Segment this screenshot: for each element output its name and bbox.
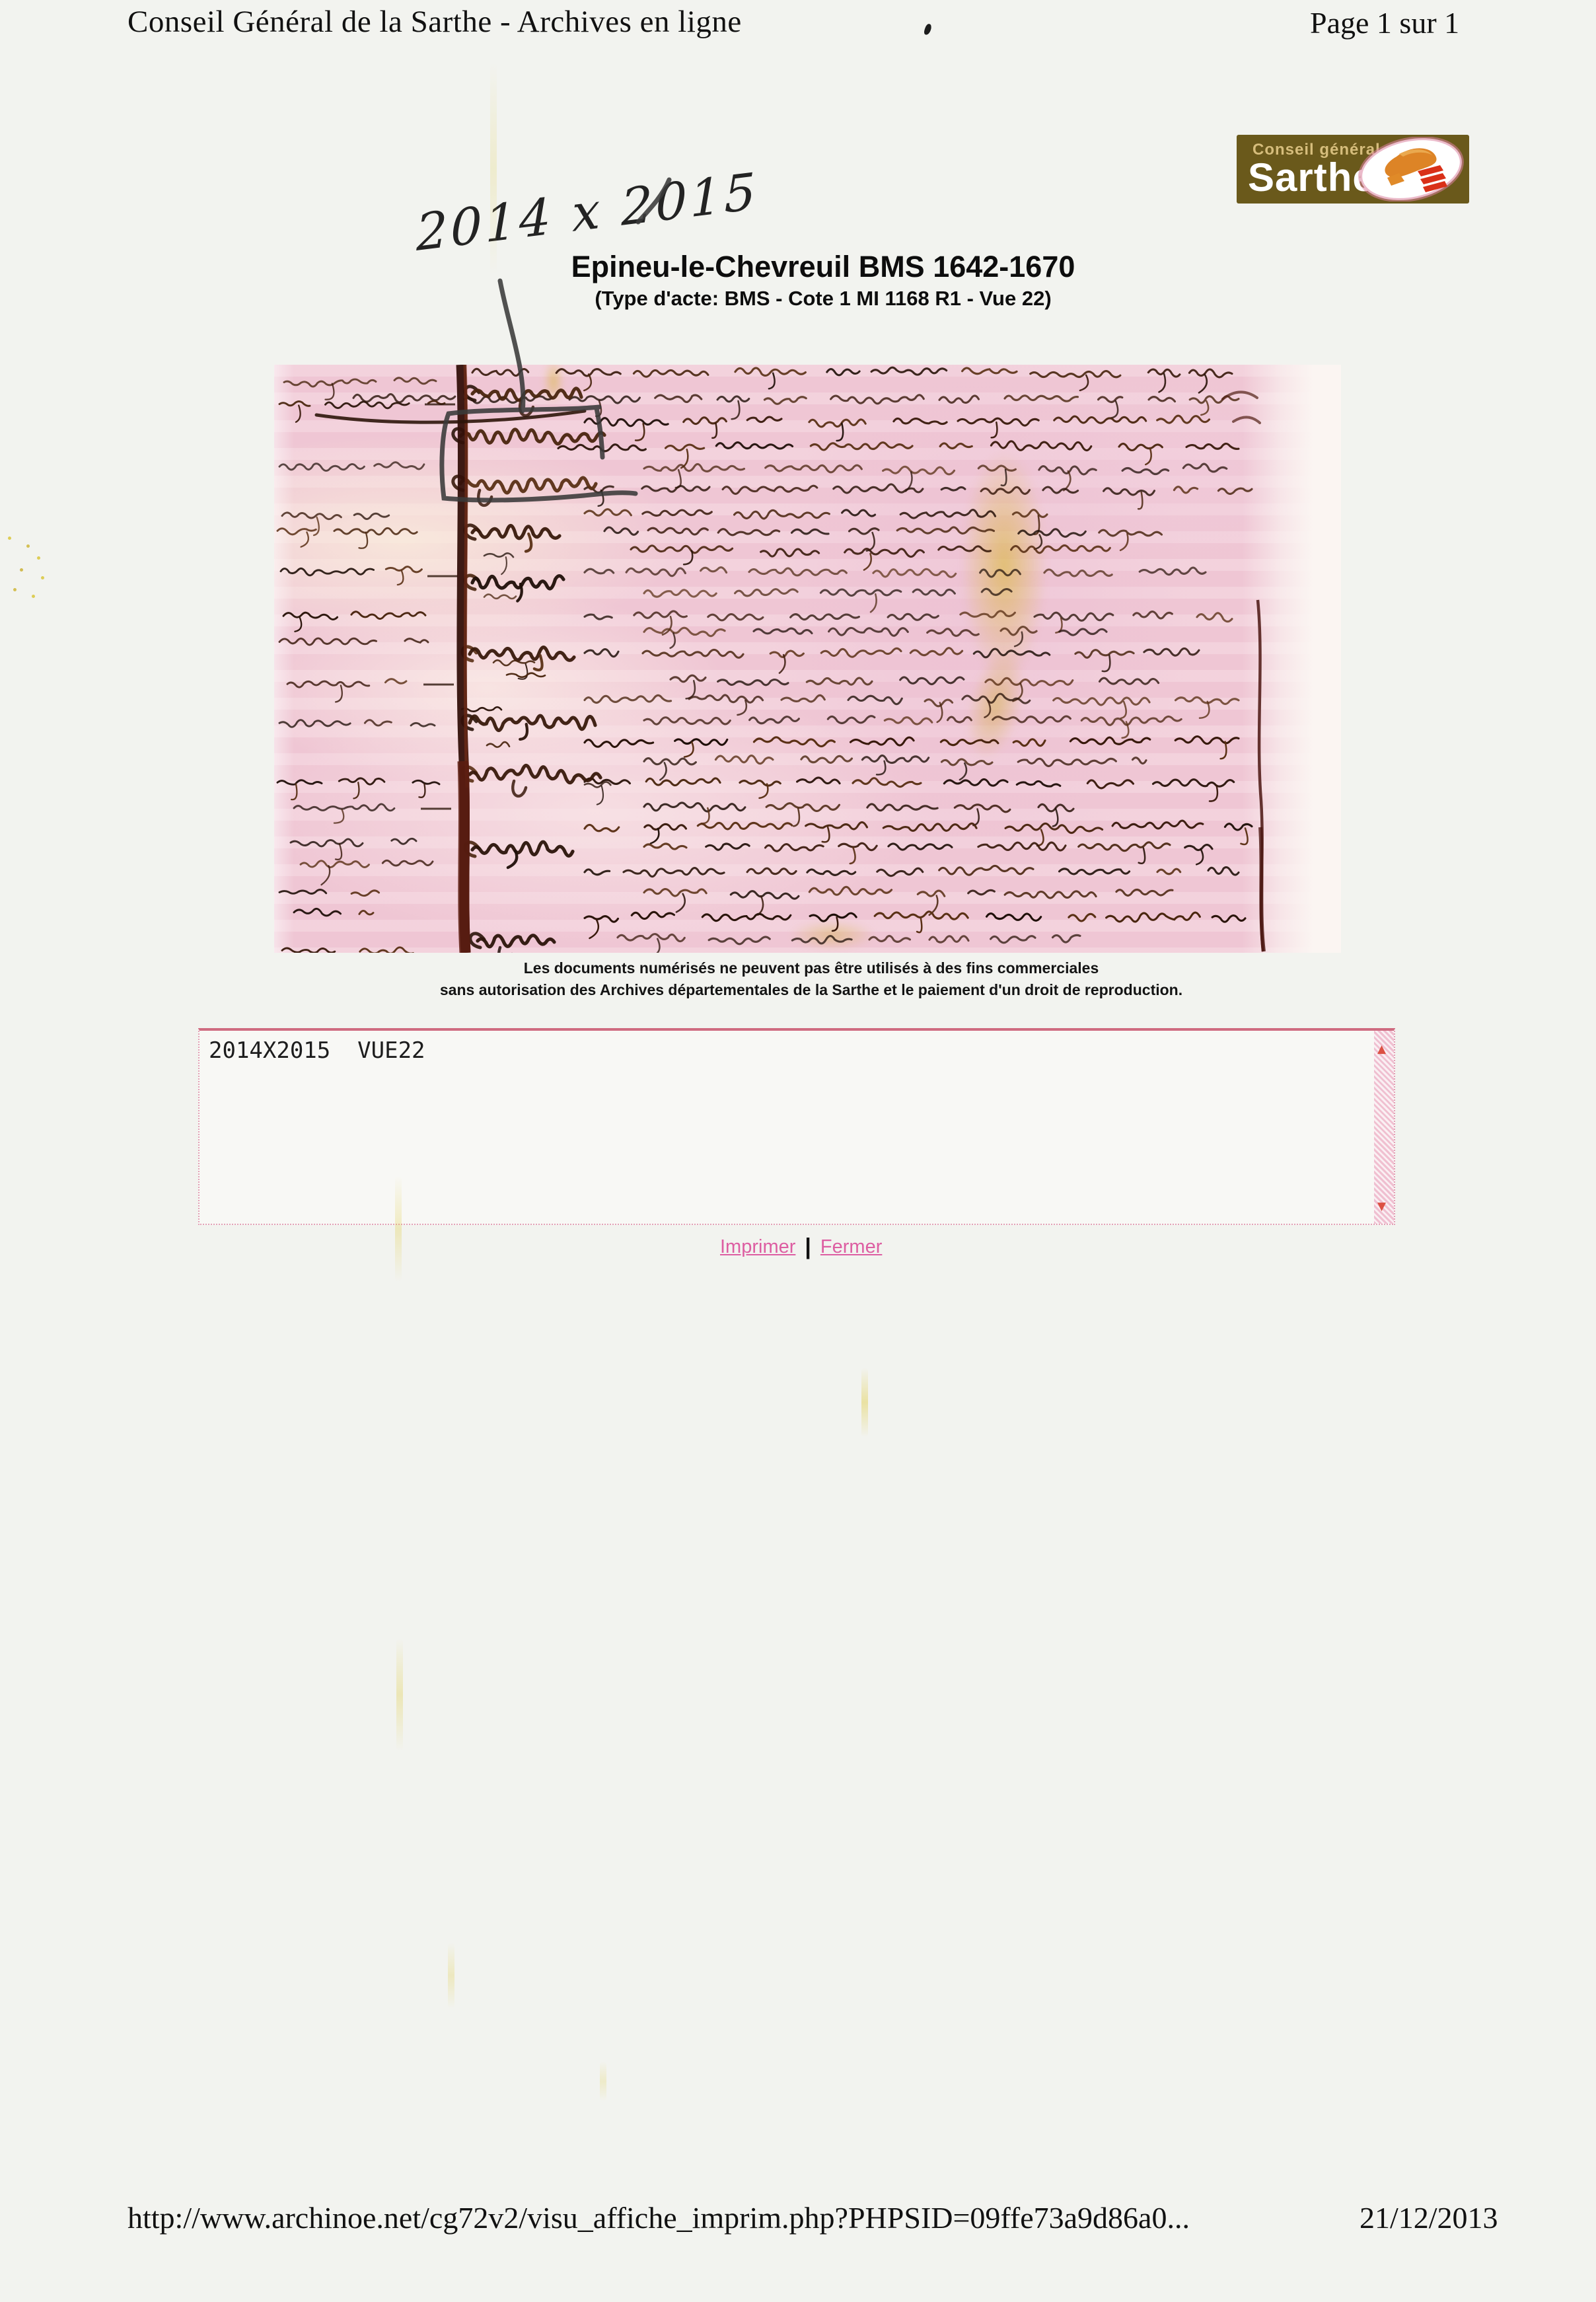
document-subtitle: (Type d'acte: BMS - Cote 1 MI 1168 R1 - …	[0, 287, 1596, 311]
document-title: Epineu-le-Chevreuil BMS 1642-1670	[0, 250, 1596, 284]
ink-speck	[924, 23, 933, 36]
sarthe-logo: Conseil général Sarthe	[1237, 135, 1469, 204]
print-date: 21/12/2013	[1360, 2200, 1498, 2235]
manuscript-scan-image	[274, 365, 1341, 953]
scan-streak	[861, 1368, 868, 1437]
copyright-notice: Les documents numérisés ne peuvent pas ê…	[0, 957, 1596, 1001]
print-link[interactable]: Imprimer	[720, 1236, 795, 1258]
copyright-line-1: Les documents numérisés ne peuvent pas ê…	[13, 957, 1596, 979]
scan-streak	[600, 2061, 606, 2101]
copyright-line-2: sans autorisation des Archives départeme…	[13, 979, 1596, 1001]
source-url: http://www.archinoe.net/cg72v2/visu_affi…	[127, 2200, 1190, 2235]
printed-page: Conseil Général de la Sarthe - Archives …	[0, 0, 1596, 2302]
action-links: Imprimer | Fermer	[720, 1234, 882, 1260]
reference-text: 2014X2015 VUE22	[209, 1037, 425, 1064]
link-separator: |	[805, 1234, 811, 1260]
scroll-up-icon[interactable]: ▲	[1377, 1043, 1386, 1056]
sarthe-emblem-icon	[1353, 137, 1467, 202]
close-link[interactable]: Fermer	[820, 1236, 882, 1258]
scrollbar[interactable]: ▲ ▼	[1374, 1031, 1394, 1224]
scan-streak	[395, 1176, 402, 1282]
scan-streak	[448, 1943, 454, 2009]
scan-streak	[396, 1639, 403, 1751]
site-title: Conseil Général de la Sarthe - Archives …	[127, 4, 742, 40]
yellow-specks	[8, 537, 11, 540]
handwritten-annotation: 2014 x 2015	[416, 161, 759, 262]
reference-textarea[interactable]: 2014X2015 VUE22 ▲ ▼	[198, 1028, 1395, 1225]
scan-streak	[490, 63, 497, 274]
page-indicator: Page 1 sur 1	[1310, 5, 1459, 40]
manuscript-handwriting	[274, 365, 1341, 953]
scroll-down-icon[interactable]: ▼	[1377, 1200, 1386, 1213]
